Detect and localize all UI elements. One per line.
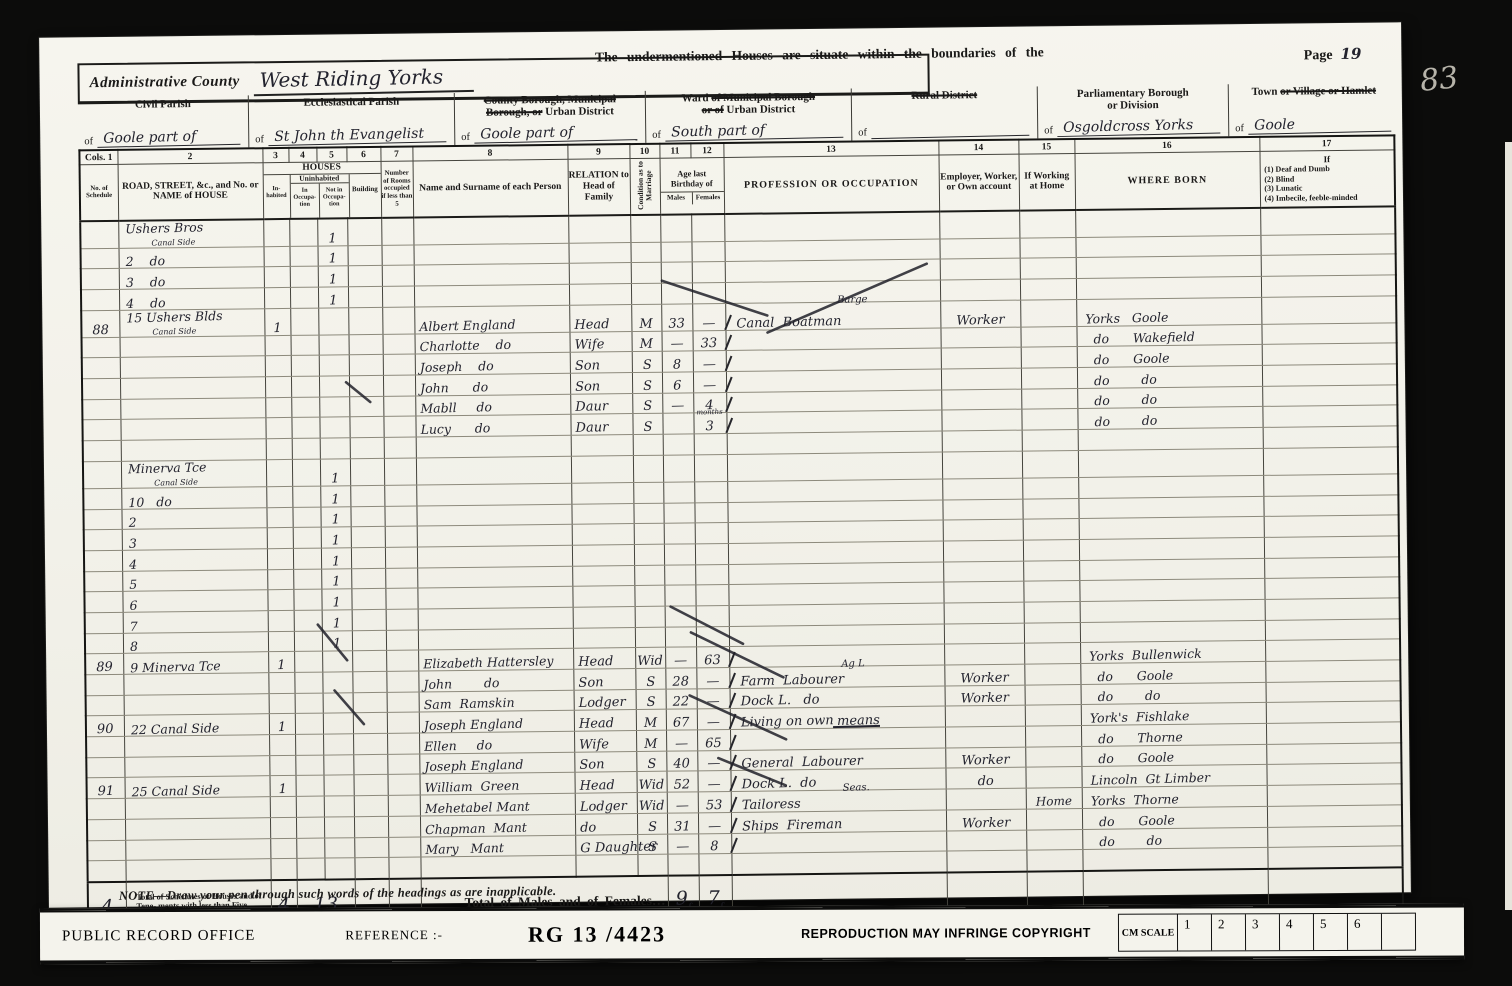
inhabited-cell	[270, 859, 296, 880]
street-cell	[125, 838, 270, 860]
infirmity-cell	[1267, 805, 1402, 827]
street-cell: 15 Ushers BldsCanal Side	[119, 308, 264, 337]
rooms-cell	[387, 692, 419, 713]
work-at-home-cell	[1019, 237, 1075, 258]
name-cell	[418, 628, 573, 650]
condition-cell	[637, 854, 667, 876]
schedule-number-cell	[87, 861, 125, 883]
occupation-cell	[724, 211, 939, 241]
district-box-urban-district: County Borough, MunicipalBorough, or Urb…	[455, 91, 647, 145]
uninhabited-in-occupation-cell	[294, 651, 322, 672]
uninhabited-not-in-occupation-cell: 1	[320, 506, 350, 527]
header-road-street: ROAD, STREET, &c., and No. or NAME of HO…	[118, 163, 264, 221]
infirmity-cell	[1263, 474, 1398, 496]
col-number: 11	[659, 143, 690, 158]
schedule-number-cell	[81, 289, 119, 310]
schedule-number-cell	[86, 736, 124, 757]
condition-cell: S	[635, 668, 665, 689]
uninhabited-not-in-occupation-cell: 1	[321, 548, 351, 569]
rooms-cell	[387, 774, 419, 795]
inhabited-cell	[268, 610, 294, 631]
employer-cell	[940, 327, 1020, 349]
building-cell	[352, 609, 386, 630]
employer-cell	[939, 210, 1019, 238]
employer-cell	[942, 499, 1022, 521]
rooms-cell	[382, 307, 414, 334]
building-cell	[353, 713, 387, 734]
relation-cell: Head	[569, 304, 631, 332]
employer-cell	[944, 602, 1024, 624]
work-at-home-cell	[1025, 684, 1081, 705]
schedule-number-cell	[86, 757, 124, 778]
building-cell	[348, 266, 382, 287]
work-at-home-cell	[1019, 210, 1075, 238]
col-number: 10	[629, 144, 659, 159]
work-at-home-cell	[1024, 601, 1080, 622]
rooms-cell	[383, 354, 415, 375]
age-female-cell	[695, 564, 728, 585]
uninhabited-not-in-occupation-cell	[323, 775, 353, 796]
street-cell: 2 do	[118, 246, 263, 268]
uninhabited-not-in-occupation-cell	[324, 837, 354, 858]
infirmity-cell	[1262, 343, 1397, 365]
infirmity-cell	[1263, 426, 1398, 448]
where-born-cell	[1078, 428, 1263, 451]
work-at-home-cell	[1023, 560, 1079, 581]
schedule-number-cell: 90	[86, 716, 124, 737]
condition-cell	[634, 523, 664, 544]
cm-scale-ruler: CM SCALE 123456	[1118, 913, 1416, 952]
relation-cell	[572, 524, 634, 545]
name-cell: John do	[415, 373, 570, 395]
work-at-home-cell	[1026, 829, 1082, 850]
administrative-county-label: Administrative County	[90, 73, 240, 92]
schedule-number-cell: 88	[81, 310, 119, 337]
building-cell	[349, 417, 383, 438]
header-condition: Condition as to Marriage	[630, 158, 661, 214]
street-cell: 6	[122, 590, 267, 612]
age-female-cell	[694, 502, 727, 523]
name-cell	[416, 504, 571, 526]
uninhabited-in-occupation-cell	[291, 355, 319, 376]
age-female-cell: —	[697, 771, 730, 792]
cm-scale-cell: 2	[1211, 914, 1245, 950]
inhabited-cell	[270, 838, 296, 859]
rooms-cell	[384, 485, 416, 506]
uninhabited-in-occupation-cell	[289, 246, 317, 267]
administrative-county-value: West Riding Yorks	[253, 64, 473, 96]
schedule-number-cell	[84, 592, 122, 613]
building-cell	[351, 527, 385, 548]
relation-cell	[569, 284, 631, 305]
age-female-cell	[692, 282, 725, 303]
employer-cell: do	[945, 768, 1025, 790]
occupation-cell	[727, 431, 942, 454]
age-female-cell	[691, 241, 724, 262]
where-born-cell	[1079, 537, 1264, 560]
occupation-cell: BargeCanal Boatman	[725, 301, 940, 330]
uninhabited-in-occupation-cell	[290, 266, 318, 287]
where-born-cell: Yorks Goole	[1076, 297, 1261, 326]
name-cell: Charlotte do	[414, 332, 569, 354]
where-born-cell	[1079, 558, 1264, 581]
age-female-cell	[694, 481, 727, 502]
inhabited-cell	[268, 672, 294, 693]
rooms-cell	[386, 671, 418, 692]
age-male-cell: 52	[666, 771, 697, 792]
schedule-number-cell	[81, 269, 119, 290]
employer-cell	[941, 389, 1021, 411]
condition-cell: M	[636, 710, 666, 731]
condition-cell	[631, 263, 661, 284]
inhabited-cell	[265, 335, 291, 356]
inhabited-cell	[269, 693, 295, 714]
rooms-cell	[381, 217, 413, 245]
cm-scale-cell: 3	[1245, 914, 1279, 950]
header-name-surname: Name and Surname of each Person	[413, 159, 569, 217]
building-cell	[347, 245, 381, 266]
relation-cell: Head	[573, 648, 635, 669]
name-cell: Mabll do	[415, 394, 570, 416]
col-number: 14	[938, 140, 1018, 155]
infirmity-cell	[1261, 254, 1396, 276]
building-cell	[350, 458, 384, 485]
schedule-number-cell	[86, 695, 124, 716]
rooms-cell	[383, 416, 415, 437]
street-cell	[124, 735, 269, 757]
schedule-number-cell	[84, 530, 122, 551]
name-cell: Mary Mant	[420, 835, 575, 857]
street-cell: 4	[122, 549, 267, 571]
condition-cell: S	[637, 834, 667, 855]
relation-cell: Daur	[570, 393, 632, 414]
schedule-number-cell	[82, 420, 120, 441]
schedule-number-cell	[81, 248, 119, 269]
rooms-cell	[388, 795, 420, 816]
street-cell: Ushers BrosCanal Side	[118, 219, 263, 248]
building-cell	[351, 589, 385, 610]
uninhabited-in-occupation-cell	[291, 397, 319, 418]
condition-cell: S	[632, 393, 662, 414]
header-employer: Employer, Worker, or Own account	[938, 154, 1019, 211]
inhabited-cell	[267, 590, 293, 611]
infirmity-cell	[1266, 701, 1401, 723]
cm-scale-cell: 6	[1347, 914, 1381, 950]
occupation-cell	[731, 831, 946, 854]
col-number: 3	[262, 148, 288, 163]
uninhabited-in-occupation-cell	[293, 527, 321, 548]
relation-cell	[572, 544, 634, 565]
age-female-cell: —	[697, 750, 730, 771]
relation-cell	[573, 606, 635, 627]
condition-cell: S	[632, 414, 662, 435]
where-born-cell: Lincoln Gt Limber	[1081, 765, 1266, 788]
relation-cell: Head	[574, 710, 636, 731]
age-female-cell	[695, 523, 728, 544]
col-number: 4	[288, 148, 316, 163]
district-box-rural-district: Rural Districtof	[852, 86, 1039, 140]
reference-label: REFERENCE :-	[345, 927, 443, 943]
street-cell: 8	[123, 631, 268, 653]
building-cell	[348, 286, 382, 307]
where-born-cell: do do	[1077, 407, 1262, 430]
inhabited-cell	[264, 287, 290, 308]
work-at-home-cell	[1023, 539, 1079, 560]
name-cell	[420, 855, 575, 878]
uninhabited-in-occupation-cell	[296, 838, 324, 859]
occupation-cell	[726, 348, 941, 371]
where-born-cell: Yorks Thorne	[1082, 786, 1267, 809]
uninhabited-not-in-occupation-cell: 1	[318, 266, 348, 287]
name-cell	[416, 435, 571, 457]
relation-cell: Son	[570, 373, 632, 394]
age-female-cell: 63	[696, 647, 729, 668]
uninhabited-in-occupation-cell	[292, 459, 320, 486]
header-age-males: Males	[660, 193, 692, 205]
margin-annotation: 83	[1418, 60, 1460, 99]
building-cell	[348, 334, 382, 355]
name-cell	[417, 566, 572, 588]
work-at-home-cell	[1021, 368, 1077, 389]
building-cell	[353, 692, 387, 713]
employer-cell	[940, 258, 1020, 280]
header-infirmity: If(1) Deaf and Dumb(2) Blind(3) Lunatic(…	[1259, 150, 1395, 208]
schedule-number-cell	[83, 440, 121, 461]
col-number: 2	[117, 148, 262, 164]
age-male-cell	[664, 544, 695, 565]
employer-cell	[942, 430, 1022, 452]
work-at-home-cell	[1025, 705, 1081, 726]
col-number: Cols. 1	[79, 150, 117, 165]
rooms-cell	[387, 754, 419, 775]
rooms-cell	[382, 286, 414, 307]
building-cell	[353, 733, 387, 754]
condition-cell: M	[631, 304, 661, 331]
age-female-cell	[694, 454, 727, 481]
header-where-born: WHERE BORN	[1074, 151, 1260, 209]
header-in-occupation: In Occupa-tion	[290, 184, 320, 218]
where-born-cell: do do	[1082, 827, 1267, 850]
employer-cell	[945, 705, 1025, 727]
uninhabited-in-occupation-cell	[292, 438, 320, 459]
street-cell: 5	[122, 569, 267, 591]
uninhabited-not-in-occupation-cell	[324, 796, 354, 817]
uninhabited-not-in-occupation-cell: 1	[317, 218, 347, 246]
building-cell	[349, 396, 383, 417]
rooms-cell	[385, 526, 417, 547]
where-born-cell: do Wakefield	[1076, 324, 1261, 347]
building-cell	[350, 506, 384, 527]
infirmity-cell	[1264, 577, 1399, 599]
age-male-cell	[661, 262, 692, 283]
name-cell: Ellen do	[419, 731, 574, 753]
inhabited-cell: 1	[269, 714, 295, 735]
uninhabited-not-in-occupation-cell	[319, 397, 349, 418]
district-box-civil-parish: Civil ParishofGoole part of	[78, 95, 250, 149]
work-at-home-cell	[1022, 430, 1078, 451]
uninhabited-not-in-occupation-cell	[320, 438, 350, 459]
header-houses-group: HOUSES In-habited Uninhabited In Occupa-…	[263, 161, 382, 218]
age-male-cell	[664, 585, 695, 606]
schedule-number-cell: 89	[85, 654, 123, 675]
rooms-cell	[384, 458, 416, 485]
inhabited-cell	[263, 219, 289, 247]
age-male-cell: 8	[662, 351, 693, 372]
age-female-cell: 65	[697, 730, 730, 751]
where-born-cell	[1076, 276, 1261, 299]
age-female-cell	[695, 543, 728, 564]
inhabited-cell	[264, 267, 290, 288]
col-number: 5	[316, 147, 346, 162]
employer-cell	[944, 643, 1024, 665]
street-cell	[120, 335, 265, 357]
rooms-cell	[387, 712, 419, 733]
relation-cell: Son	[573, 669, 635, 690]
schedule-number-cell	[87, 840, 125, 861]
uninhabited-in-occupation-cell	[294, 672, 322, 693]
work-at-home-cell	[1021, 388, 1077, 409]
rooms-cell	[387, 733, 419, 754]
header-building: Building	[349, 174, 380, 217]
uninhabited-not-in-occupation-cell: 1	[321, 527, 351, 548]
schedule-number-cell	[80, 220, 118, 248]
condition-cell	[630, 214, 660, 242]
name-cell	[417, 545, 572, 567]
where-born-cell	[1080, 599, 1265, 622]
infirmity-cell	[1265, 598, 1400, 620]
where-born-cell	[1078, 496, 1263, 519]
age-female-cell: —	[697, 688, 730, 709]
infirmity-cell	[1265, 681, 1400, 703]
age-female-cell: 33	[692, 330, 725, 351]
occupation-cell	[729, 644, 944, 667]
street-cell: 25 Canal Side	[125, 776, 270, 798]
rooms-cell	[386, 650, 418, 671]
age-female-cell	[691, 214, 724, 242]
relation-cell	[572, 565, 634, 586]
schedule-number-cell	[83, 509, 121, 530]
undermentioned-title: The undermentioned Houses are situate wi…	[539, 44, 1099, 66]
condition-cell	[631, 283, 661, 304]
inhabited-cell	[270, 797, 296, 818]
relation-cell: Son	[574, 751, 636, 772]
relation-cell	[571, 455, 633, 483]
employer-cell: Worker	[946, 809, 1026, 831]
employer-cell	[941, 368, 1021, 390]
cm-scale-cell: 4	[1279, 914, 1313, 950]
uninhabited-in-occupation-cell	[290, 308, 318, 335]
work-at-home-cell	[1025, 746, 1081, 767]
cm-scale-label: CM SCALE	[1119, 915, 1177, 951]
age-male-cell: 6	[662, 372, 693, 393]
scanned-census-page: Administrative County West Riding Yorks …	[0, 0, 1512, 986]
infirmity-cell	[1263, 447, 1398, 476]
age-male-cell: —	[667, 833, 698, 854]
where-born-cell	[1078, 448, 1263, 477]
employer-cell	[943, 581, 1023, 603]
age-male-cell	[664, 564, 695, 585]
where-born-cell: do Thorne	[1081, 723, 1266, 746]
employer-cell: Worker	[945, 685, 1025, 707]
relation-cell	[571, 435, 633, 456]
schedule-number-cell	[82, 378, 120, 399]
work-at-home-cell	[1024, 622, 1080, 643]
relation-cell	[575, 855, 637, 877]
occupation-cell	[726, 410, 941, 433]
age-female-cell: —	[692, 303, 725, 330]
relation-cell: Lodger	[575, 793, 637, 814]
employer-cell	[941, 348, 1021, 370]
employer-cell	[940, 279, 1020, 301]
rooms-cell	[382, 334, 414, 355]
uninhabited-in-occupation-cell	[295, 693, 323, 714]
header-rooms: Number of Rooms occupied if less than 5	[381, 161, 414, 217]
where-born-cell: York's Fishlake	[1081, 703, 1266, 726]
street-cell	[125, 817, 270, 839]
building-cell	[350, 485, 384, 506]
condition-cell	[634, 565, 664, 586]
age-male-cell: 67	[666, 709, 697, 730]
rooms-cell	[386, 609, 418, 630]
where-born-cell: do do	[1077, 365, 1262, 388]
uninhabited-not-in-occupation-cell: 1	[320, 459, 350, 486]
building-cell	[354, 816, 388, 837]
uninhabited-not-in-occupation-cell	[324, 858, 354, 880]
age-female-cell: months4	[693, 392, 726, 413]
inhabited-cell	[266, 507, 292, 528]
employer-cell: Worker	[940, 300, 1020, 328]
age-male-cell	[663, 455, 694, 482]
age-male-cell	[663, 502, 694, 523]
age-male-cell	[665, 606, 696, 627]
work-at-home-cell	[1021, 409, 1077, 430]
uninhabited-not-in-occupation-cell	[318, 307, 348, 334]
work-at-home-cell	[1020, 326, 1076, 347]
work-at-home-cell	[1023, 519, 1079, 540]
schedule-number-cell	[82, 358, 120, 379]
condition-cell	[633, 455, 663, 482]
street-cell	[120, 356, 265, 378]
occupation-cell: Dock L. do	[730, 686, 945, 709]
condition-cell	[633, 434, 663, 455]
header-not-in-occupation: Not in Occupa-tion	[320, 183, 349, 217]
rooms-cell	[382, 265, 414, 286]
col-number: 7	[380, 147, 412, 162]
rooms-cell	[388, 816, 420, 837]
street-cell: 3 do	[119, 267, 264, 289]
occupation-cell	[726, 390, 941, 413]
condition-cell: M	[631, 331, 661, 352]
uninhabited-in-occupation-cell	[294, 610, 322, 631]
age-female-cell: —	[693, 372, 726, 393]
where-born-cell	[1079, 579, 1264, 602]
occupation-cell	[727, 479, 942, 502]
name-cell: John do	[418, 669, 573, 691]
where-born-cell	[1080, 620, 1265, 643]
census-table: Cols. 12 34 56 78 910 1112 1314 1516 17 …	[78, 134, 1404, 933]
col-number: 9	[567, 144, 629, 159]
infirmity-cell	[1266, 722, 1401, 744]
rooms-cell	[388, 857, 420, 879]
age-female-cell	[698, 854, 731, 876]
inhabited-cell	[269, 755, 295, 776]
header-uninhabited: Uninhabited In Occupa-tion Not in Occupa…	[290, 174, 349, 218]
street-cell: Minerva TceCanal Side	[121, 460, 266, 489]
condition-cell: S	[637, 813, 667, 834]
header-age-females: Females	[692, 192, 723, 204]
census-sheet: Administrative County West Riding Yorks …	[39, 22, 1411, 907]
relation-cell: Lodger	[574, 689, 636, 710]
